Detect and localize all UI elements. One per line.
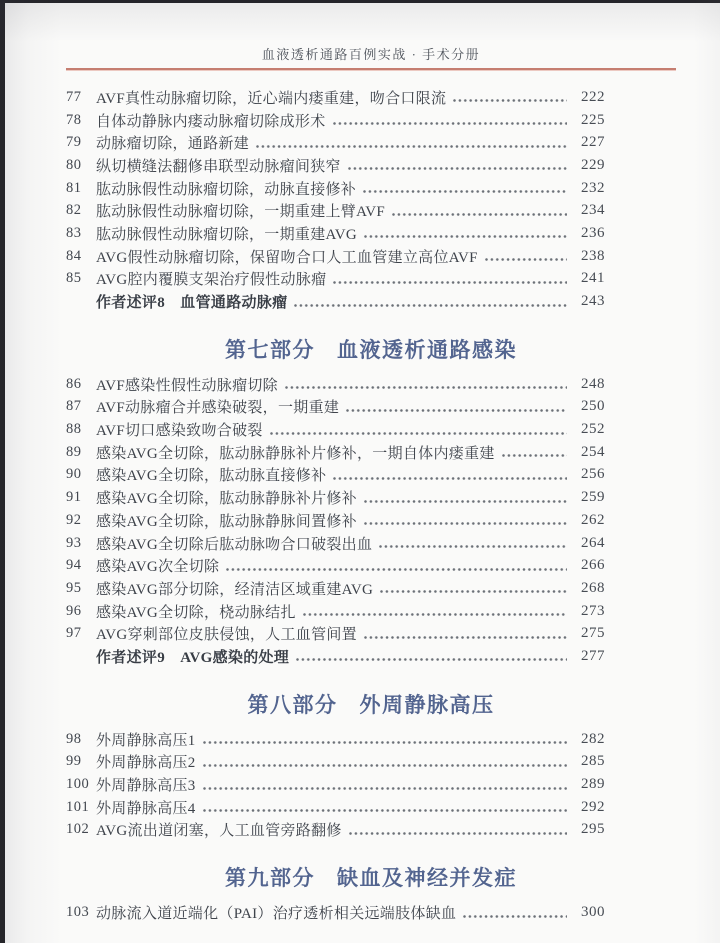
toc-page: 血液透析通路百例实战 · 手术分册 77 AVF真性动脉瘤切除，近心端内瘘重建，… [66,0,676,924]
entry-title: 纵切横缝法翻修串联型动脉瘤间狭窄 [96,155,341,176]
dot-leader [203,787,567,790]
section-title: 缺血及神经并发症 [337,866,517,890]
entry-number: 78 [66,112,96,129]
dot-leader [203,741,567,744]
entry-title: AVG假性动脉瘤切除，保留吻合口人工血管建立高位AVF [96,246,478,267]
entry-number: 97 [66,625,96,642]
entry-page-number: 248 [575,376,605,393]
toc-entry-row: 87 AVF动脉瘤合并感染破裂，一期重建 250 [66,396,605,419]
dot-leader [348,167,567,170]
entry-page-number: 300 [575,904,605,921]
entry-title: 动脉瘤切除，通路新建 [96,132,249,153]
entry-title: AVF感染性假性动脉瘤切除 [96,374,278,395]
entry-title: 外周静脉高压3 [96,774,196,795]
toc-entry-row: 78 自体动静脉内瘘动脉瘤切除成形术 225 [66,109,605,132]
entry-title: 感染AVG全切除，肱动脉静脉补片修补 [96,487,357,508]
section-heading: 第七部分血液透析通路感染 [66,337,676,363]
toc-entry-row: 96 感染AVG全切除，桡动脉结扎 273 [66,600,605,623]
entry-number: 79 [66,134,96,151]
dot-leader [294,304,567,307]
entry-page-number: 225 [575,112,605,129]
entry-page-number: 222 [575,89,605,106]
entry-number: 91 [66,489,96,506]
section-heading: 第九部分缺血及神经并发症 [66,865,676,891]
dot-leader [256,145,567,148]
entry-page-number: 268 [575,580,605,597]
entry-page-number: 250 [575,398,605,415]
dot-leader [203,809,567,812]
dot-leader [364,500,567,503]
section-title: 外周静脉高压 [360,693,495,717]
section-title: 血液透析通路感染 [337,338,517,362]
entry-title: AVG流出道闭塞，人工血管旁路翻修 [96,819,342,840]
dot-leader [364,636,567,639]
section-part-label: 第九部分 [225,866,315,890]
entry-title: 作者述评9 AVG感染的处理 [96,646,289,667]
entry-title: 感染AVG次全切除 [96,555,219,576]
entry-page-number: 277 [575,648,605,665]
dot-leader [485,258,567,261]
entry-page-number: 236 [575,225,605,242]
entry-number: 90 [66,466,96,483]
entry-title: 外周静脉高压1 [96,729,196,750]
entry-title: AVF切口感染致吻合破裂 [96,419,263,440]
toc-entry-row: 97 AVG穿刺部位皮肤侵蚀，人工血管间置 275 [66,622,605,645]
toc-commentary-row: 作者述评9 AVG感染的处理 277 [66,645,605,668]
dot-leader [349,832,567,835]
entry-title: 作者述评8 血管通路动脉瘤 [96,291,287,312]
entry-page-number: 256 [575,466,605,483]
entry-title: 感染AVG全切除，肱动脉直接修补 [96,464,326,485]
toc-entry-row: 84 AVG假性动脉瘤切除，保留吻合口人工血管建立高位AVF 238 [66,245,605,268]
entry-page-number: 273 [575,603,605,620]
dot-leader [363,190,567,193]
dot-leader [364,235,567,238]
dot-leader [364,522,567,525]
dot-leader [333,281,567,284]
entry-page-number: 266 [575,557,605,574]
dot-leader [463,915,567,918]
entry-page-number: 285 [575,753,605,770]
entry-page-number: 227 [575,134,605,151]
toc-list: 77 AVF真性动脉瘤切除，近心端内瘘重建，吻合口限流 222 78 自体动静脉… [66,86,676,924]
entry-page-number: 292 [575,799,605,816]
entry-title: 外周静脉高压2 [96,751,196,772]
section-part-label: 第七部分 [225,338,315,362]
toc-commentary-row: 作者述评8 血管通路动脉瘤 243 [66,290,605,313]
dot-leader [303,613,567,616]
toc-entry-row: 101 外周静脉高压4 292 [66,796,605,819]
entry-number: 92 [66,512,96,529]
scan-edge-left [0,0,5,943]
entry-number: 102 [66,821,96,838]
running-head: 血液透析通路百例实战 · 手术分册 [66,0,676,62]
dot-leader [346,409,567,412]
entry-title: 感染AVG全切除，桡动脉结扎 [96,601,296,622]
entry-title: 动脉流入道近端化（PAI）治疗透析相关远端肢体缺血 [96,902,456,923]
section-part-label: 第八部分 [248,693,338,717]
toc-entry-row: 83 肱动脉假性动脉瘤切除，一期重建AVG 236 [66,222,605,245]
entry-number: 77 [66,89,96,106]
toc-entry-row: 82 肱动脉假性动脉瘤切除，一期重建上臂AVF 234 [66,199,605,222]
dot-leader [333,122,567,125]
entry-page-number: 238 [575,248,605,265]
entry-title: AVF动脉瘤合并感染破裂，一期重建 [96,396,339,417]
toc-entry-row: 89 感染AVG全切除，肱动脉静脉补片修补，一期自体内瘘重建 254 [66,441,605,464]
toc-entry-row: 79 动脉瘤切除，通路新建 227 [66,131,605,154]
dot-leader [392,213,567,216]
entry-page-number: 282 [575,731,605,748]
entry-page-number: 254 [575,444,605,461]
dot-leader [226,568,567,571]
toc-entry-row: 98 外周静脉高压1 282 [66,728,605,751]
entry-number: 94 [66,557,96,574]
entry-number: 85 [66,270,96,287]
entry-number: 82 [66,202,96,219]
dot-leader [379,545,567,548]
toc-entry-row: 92 感染AVG全切除，肱动脉静脉间置修补 262 [66,509,605,532]
running-head-rule [66,68,676,70]
entry-title: 自体动静脉内瘘动脉瘤切除成形术 [96,110,326,131]
entry-number: 88 [66,421,96,438]
entry-title: 肱动脉假性动脉瘤切除，动脉直接修补 [96,178,356,199]
toc-entry-row: 80 纵切横缝法翻修串联型动脉瘤间狭窄 229 [66,154,605,177]
entry-title: 感染AVG部分切除，经清洁区域重建AVG [96,578,373,599]
dot-leader [380,590,567,593]
toc-entry-row: 90 感染AVG全切除，肱动脉直接修补 256 [66,464,605,487]
entry-number: 99 [66,753,96,770]
entry-number: 83 [66,225,96,242]
entry-title: 感染AVG全切除，肱动脉静脉间置修补 [96,510,357,531]
toc-entry-row: 93 感染AVG全切除后肱动脉吻合口破裂出血 264 [66,532,605,555]
dot-leader [333,477,567,480]
entry-title: 感染AVG全切除后肱动脉吻合口破裂出血 [96,533,372,554]
entry-title: 肱动脉假性动脉瘤切除，一期重建上臂AVF [96,200,385,221]
entry-page-number: 241 [575,270,605,287]
entry-title: AVG穿刺部位皮肤侵蚀，人工血管间置 [96,623,357,644]
entry-page-number: 243 [575,293,605,310]
dot-leader [285,386,567,389]
entry-page-number: 259 [575,489,605,506]
toc-entry-row: 102 AVG流出道闭塞，人工血管旁路翻修 295 [66,819,605,842]
entry-page-number: 275 [575,625,605,642]
entry-number: 96 [66,603,96,620]
entry-number: 80 [66,157,96,174]
toc-entry-row: 81 肱动脉假性动脉瘤切除，动脉直接修补 232 [66,177,605,200]
dot-leader [270,432,567,435]
entry-number: 98 [66,731,96,748]
entry-page-number: 252 [575,421,605,438]
section-heading: 第八部分外周静脉高压 [66,692,676,718]
toc-entry-row: 103 动脉流入道近端化（PAI）治疗透析相关远端肢体缺血 300 [66,901,605,924]
entry-number: 100 [66,776,96,793]
toc-entry-row: 100 外周静脉高压3 289 [66,773,605,796]
entry-page-number: 295 [575,821,605,838]
toc-entry-row: 77 AVF真性动脉瘤切除，近心端内瘘重建，吻合口限流 222 [66,86,605,109]
dot-leader [502,454,567,457]
dot-leader [453,99,567,102]
entry-number: 87 [66,398,96,415]
dot-leader [203,764,567,767]
entry-number: 89 [66,444,96,461]
entry-page-number: 234 [575,202,605,219]
entry-number: 101 [66,799,96,816]
scanned-book-page: 血液透析通路百例实战 · 手术分册 77 AVF真性动脉瘤切除，近心端内瘘重建，… [0,0,720,943]
dot-leader [296,658,567,661]
toc-entry-row: 85 AVG腔内覆膜支架治疗假性动脉瘤 241 [66,268,605,291]
toc-entry-row: 94 感染AVG次全切除 266 [66,554,605,577]
entry-page-number: 262 [575,512,605,529]
entry-number: 95 [66,580,96,597]
entry-number: 86 [66,376,96,393]
entry-title: 感染AVG全切除，肱动脉静脉补片修补，一期自体内瘘重建 [96,442,495,463]
entry-number: 93 [66,535,96,552]
entry-title: AVF真性动脉瘤切除，近心端内瘘重建，吻合口限流 [96,87,446,108]
entry-page-number: 232 [575,180,605,197]
entry-number: 84 [66,248,96,265]
entry-number: 81 [66,180,96,197]
entry-title: AVG腔内覆膜支架治疗假性动脉瘤 [96,268,326,289]
entry-title: 外周静脉高压4 [96,797,196,818]
toc-entry-row: 88 AVF切口感染致吻合破裂 252 [66,418,605,441]
entry-title: 肱动脉假性动脉瘤切除，一期重建AVG [96,223,357,244]
entry-number: 103 [66,904,96,921]
entry-page-number: 229 [575,157,605,174]
toc-entry-row: 86 AVF感染性假性动脉瘤切除 248 [66,373,605,396]
toc-entry-row: 95 感染AVG部分切除，经清洁区域重建AVG 268 [66,577,605,600]
entry-page-number: 289 [575,776,605,793]
toc-entry-row: 99 外周静脉高压2 285 [66,751,605,774]
entry-page-number: 264 [575,535,605,552]
toc-entry-row: 91 感染AVG全切除，肱动脉静脉补片修补 259 [66,486,605,509]
